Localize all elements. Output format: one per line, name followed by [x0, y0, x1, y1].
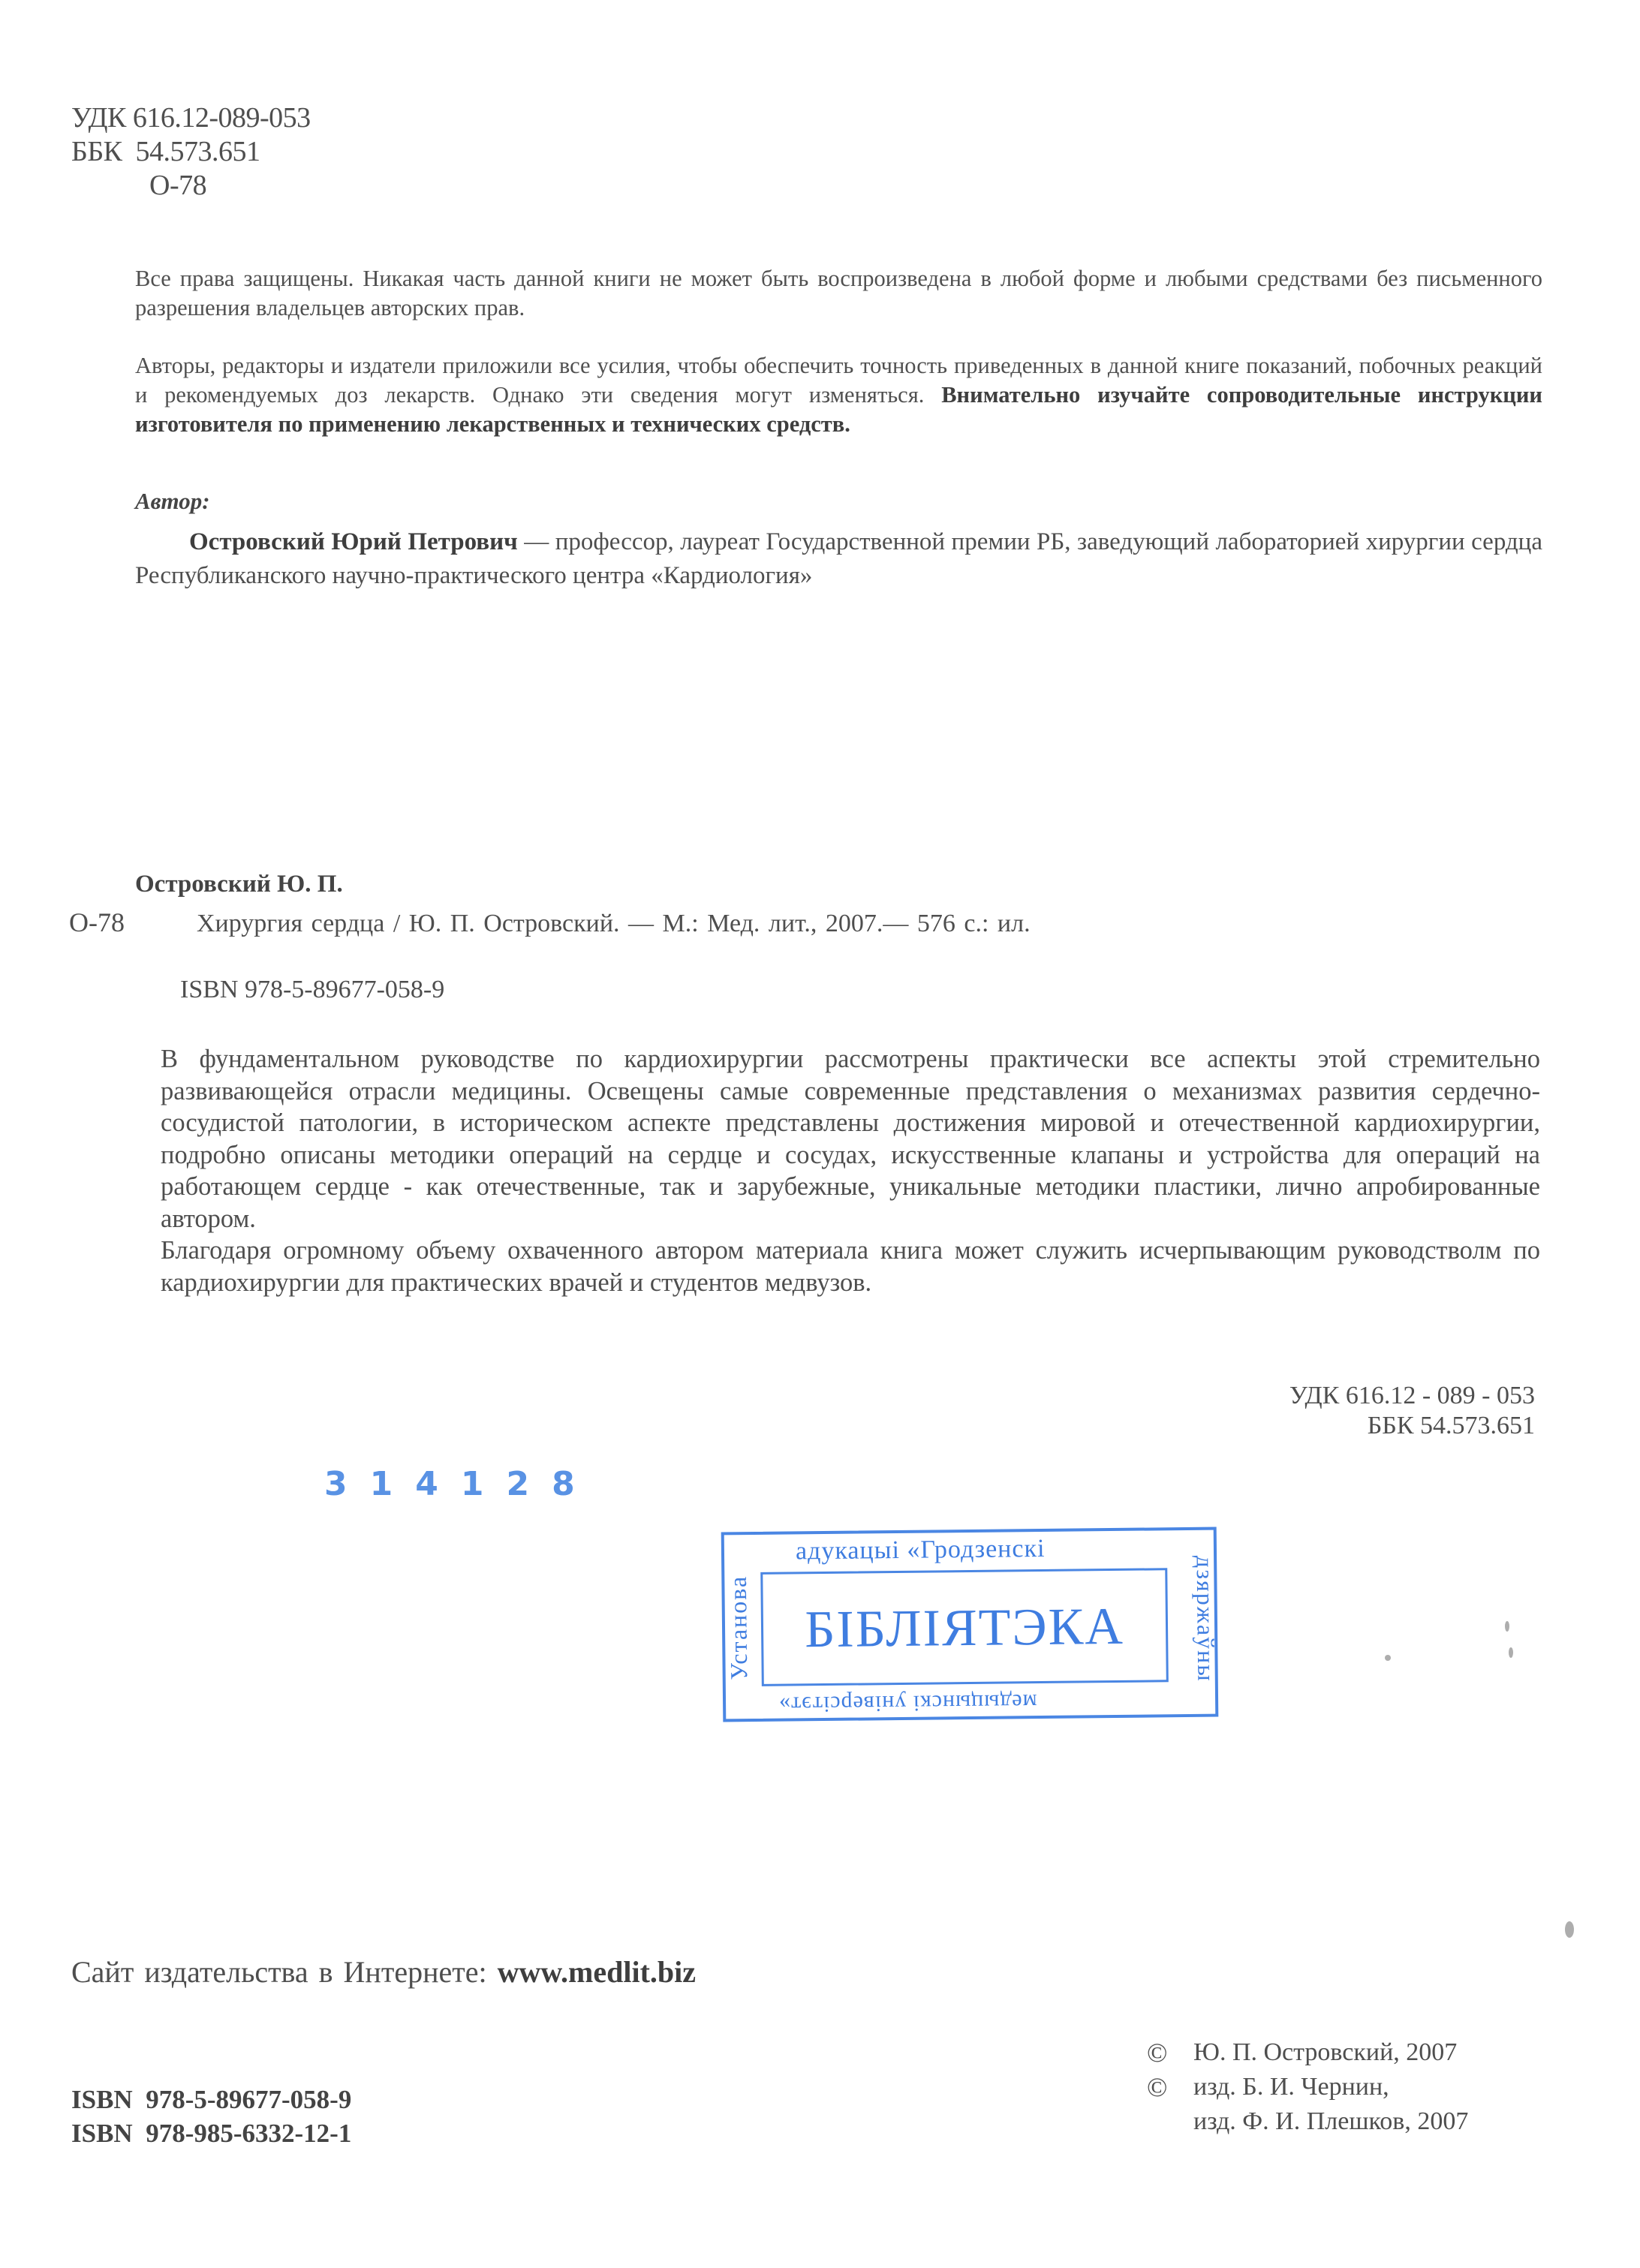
catalog-card-code: О-78 — [69, 907, 125, 938]
stamp-bottom-text: медыцынскі універсітэт» — [778, 1689, 1037, 1717]
catalog-card-author: Островский Ю. П. — [135, 871, 343, 898]
inventory-number-stamp: 314128 — [324, 1465, 597, 1503]
classification-codes-top: УДК 616.12-089-053 ББК 54.573.651 О-78 — [71, 101, 311, 203]
catalog-card-title: Хирургия сердца / Ю. П. Островский. — М.… — [197, 910, 1031, 938]
udk-code: УДК 616.12-089-053 — [71, 101, 311, 135]
scan-speck — [1385, 1655, 1391, 1661]
catalog-card-isbn: ISBN 978-5-89677-058-9 — [180, 976, 444, 1004]
stamp-right-text: дзяржаўны — [1190, 1536, 1220, 1701]
copyright-row: изд. Ф. И. Плешков, 2007 — [1147, 2104, 1468, 2139]
author-mark: О-78 — [71, 169, 311, 203]
udk-code: УДК 616.12 - 089 - 053 — [1289, 1381, 1535, 1411]
author-bio: Островский Юрий Петрович — профессор, ла… — [135, 525, 1542, 593]
disclaimer: Авторы, редакторы и издатели приложили в… — [135, 351, 1542, 439]
copyright-text: изд. Б. И. Чернин, — [1193, 2070, 1389, 2104]
copyright-text: Ю. П. Островский, 2007 — [1193, 2035, 1457, 2070]
scan-speck — [1509, 1647, 1513, 1658]
copyright-icon: © — [1147, 2035, 1193, 2070]
copyright-text: изд. Ф. И. Плешков, 2007 — [1193, 2104, 1468, 2139]
isbn-entry: ISBN 978-985-6332-12-1 — [71, 2116, 351, 2150]
isbn-entry: ISBN 978-5-89677-058-9 — [71, 2083, 351, 2116]
stamp-center-text: БІБЛІЯТЭКА — [763, 1600, 1166, 1657]
stamp-left-text: Установа — [724, 1553, 753, 1703]
library-stamp: адукацыі «Гродзенскі Установа дзяржаўны … — [721, 1527, 1219, 1722]
copyright-block: © Ю. П. Островский, 2007 © изд. Б. И. Че… — [1147, 2035, 1468, 2139]
scan-speck — [1565, 1921, 1574, 1938]
stamp-top-text: адукацыі «Гродзенскі — [796, 1535, 1046, 1566]
bbk-code: ББК 54.573.651 — [71, 135, 311, 169]
rights-notice: Все права защищены. Никакая часть данной… — [135, 264, 1542, 323]
isbn-list: ISBN 978-5-89677-058-9 ISBN 978-985-6332… — [71, 2083, 351, 2150]
copyright-icon: © — [1147, 2070, 1193, 2104]
author-name: Островский Юрий Петрович — [189, 528, 518, 555]
bbk-code: ББК 54.573.651 — [1289, 1411, 1535, 1441]
classification-codes-bottom: УДК 616.12 - 089 - 053 ББК 54.573.651 — [1289, 1381, 1535, 1441]
publisher-website: Сайт издательства в Интернете: www.medli… — [71, 1954, 696, 1990]
website-url[interactable]: www.medlit.biz — [498, 1955, 696, 1989]
abstract-paragraph: В фундаментальном руководстве по кардиох… — [161, 1043, 1540, 1235]
book-abstract: В фундаментальном руководстве по кардиох… — [161, 1043, 1540, 1298]
website-label: Сайт издательства в Интернете: — [71, 1955, 498, 1989]
scan-speck — [1505, 1621, 1509, 1632]
author-label: Автор: — [135, 488, 210, 515]
stamp-inner-frame: БІБЛІЯТЭКА — [760, 1568, 1169, 1686]
abstract-paragraph: Благодаря огромному объему охваченного а… — [161, 1235, 1540, 1298]
copyright-row: © изд. Б. И. Чернин, — [1147, 2070, 1468, 2104]
copyright-icon — [1147, 2104, 1193, 2139]
copyright-row: © Ю. П. Островский, 2007 — [1147, 2035, 1468, 2070]
